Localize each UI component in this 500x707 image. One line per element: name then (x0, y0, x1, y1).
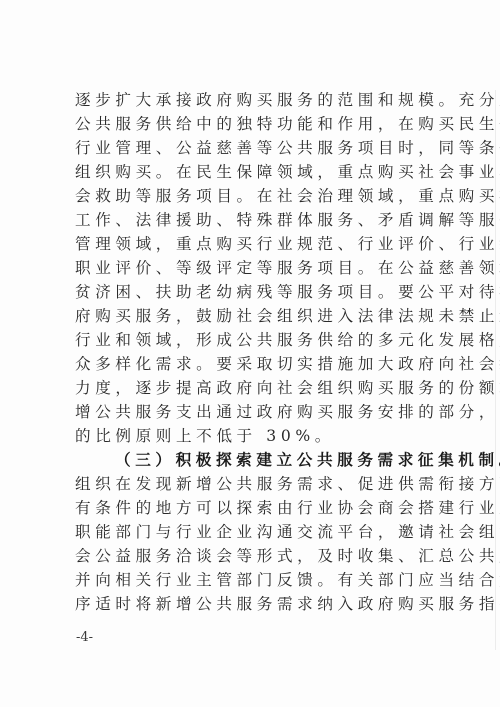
text-line: 管理领域，重点购买行业规范、行业评价、行业统计、行业标准、 (75, 232, 447, 256)
text-line: 有条件的地方可以探索由行业协会商会搭建行业主管部门、相关 (75, 496, 447, 520)
text-line: 力度，逐步提高政府向社会组织购买服务的份额或比例。政府新 (75, 376, 447, 400)
text-line: 众多样化需求。要采取切实措施加大政府向社会组织购买服务的 (75, 352, 447, 376)
text-line: 公共服务供给中的独特功能和作用，在购买民生保障、社会治理、 (75, 112, 447, 136)
text-line: 职业评价、等级评定等服务项目。在公益慈善领域，重点购买扶 (75, 256, 447, 280)
text-line: 逐步扩大承接政府购买服务的范围和规模。充分发挥社会组织在 (75, 88, 447, 112)
text-line: 府购买服务，鼓励社会组织进入法律法规未禁止进入的公共服务 (75, 304, 447, 328)
text-line: 会公益服务洽谈会等形式，及时收集、汇总公共服务需求信息， (75, 544, 447, 568)
document-page: 逐步扩大承接政府购买服务的范围和规模。充分发挥社会组织在 公共服务供给中的独特功… (0, 0, 500, 707)
text-line: 序适时将新增公共服务需求纳入政府购买服务指导性目录并加强 (75, 592, 447, 616)
text-line: 的比例原则上不低于 30%。 (75, 424, 447, 448)
text-line: 并向相关行业主管部门反馈。有关部门应当结合实际，按规定程 (75, 568, 447, 592)
text-line: 工作、法律援助、特殊群体服务、矛盾调解等服务项目。在行业 (75, 208, 447, 232)
page-number: -4- (76, 630, 93, 645)
text-line: 贫济困、扶助老幼病残等服务项目。要公平对待社会组织承接政 (75, 280, 447, 304)
text-line: 组织在发现新增公共服务需求、促进供需衔接方面的积极作用。 (75, 472, 447, 496)
text-line: 职能部门与行业企业沟通交流平台，邀请社会组织参与社区及社 (75, 520, 447, 544)
text-line: 行业管理、公益慈善等公共服务项目时，同等条件下优先向社会 (75, 136, 447, 160)
document-body: 逐步扩大承接政府购买服务的范围和规模。充分发挥社会组织在 公共服务供给中的独特功… (75, 88, 447, 616)
text-line: 组织购买。在民生保障领域，重点购买社会事业、社会福利、社 (75, 160, 447, 184)
text-line: 行业和领域，形成公共服务供给的多元化发展格局，满足人民群 (75, 328, 447, 352)
section-heading-line: （三）积极探索建立公共服务需求征集机制。充分发挥社会 (75, 448, 447, 472)
text-line: 增公共服务支出通过政府购买服务安排的部分，向社会组织购买 (75, 400, 447, 424)
text-line: 会救助等服务项目。在社会治理领域，重点购买社区服务、社会 (75, 184, 447, 208)
section-heading: （三）积极探索建立公共服务需求征集机制。 (115, 450, 500, 469)
